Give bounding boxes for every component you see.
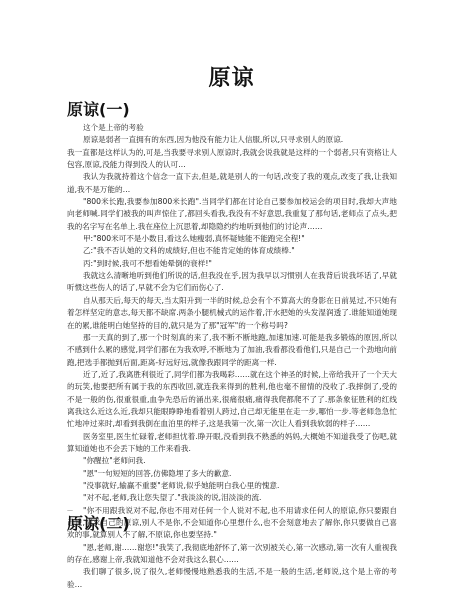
paragraph: "恩,老师,谢……谢您!"我笑了,我彻底地舒怀了,第一次别被关心,第一次感动,第… (67, 542, 397, 567)
paragraph: "800米长跑,我要参加800米长跑".当同学们都在讨论自己要参加校运会的项目时… (67, 196, 397, 233)
paragraph: 我就这么清晰地听到他们所说的话,但我没在乎,因为我早以习惯别人在我背后说我坏话了… (67, 270, 397, 295)
paragraph: 自从那天后,每天的每天,当太阳升到一半的时候,总会有个不算高大的身影在日前晃过,… (67, 295, 397, 332)
document-title: 原谅 (0, 66, 463, 92)
document-page: 原谅 原谅(一) 这个是上帝的考验 原谅是弱者一直拥有的东西,因为他没有能力让人… (0, 0, 463, 600)
paragraph: 近了,近了,我离胜利很近了,同学们都为我喝彩……就在这个神圣的时候,上帝给我开了… (67, 369, 397, 431)
paragraph: "对不起,老师,我让您失望了."我淡淡的说,泪淡淡的流. (67, 492, 397, 504)
paragraph: 我认为我就持着这个信念一直下去,但是,就是别人的一句话,改变了我的观点,改变了我… (67, 171, 397, 196)
paragraph: 乙:"我不否认她的文科的成绩好,但也不能肯定她的体育成绩棒." (67, 245, 397, 257)
paragraph: 医务室里,医生忙碌着,老师担忧着.睁开眼,没看到我不熟悉的妈妈,大概她不知道我受… (67, 431, 397, 456)
paragraph: 甲:"800米可不是小数目,看这么她瘦弱,真怀疑她能不能跑完全程!" (67, 233, 397, 245)
paragraph: 这个是上帝的考验 (67, 122, 397, 134)
paragraph: 那一天真的到了,那一个时刻真的来了,我不断不断地跑,加速加速.可能是我多锻炼的原… (67, 332, 397, 369)
paragraph: "没事就好,输赢不重要"老师说,似乎她能明白我心里的愧意. (67, 480, 397, 492)
trailing-mark: — (67, 507, 73, 514)
paragraph: 我们聊了很多,说了很久,老师慢慢地熟悉我的生活,不是一般的生活,老师说,这个是上… (67, 566, 397, 591)
paragraph: 我一直都是这样认为的,可是,当我要寻求别人原谅时,我就会说我就是这样的一个弱者,… (67, 147, 397, 172)
paragraph: 原谅是弱者一直拥有的东西,因为他没有能力让人信服,所以,只寻求别人的原谅. (67, 134, 397, 146)
paragraph: "你醒拉"老师问我. (67, 455, 397, 467)
section-heading-1: 原谅(一) (67, 100, 130, 120)
paragraph: "恩"一句短短的回答,仿佛隐埋了多大的歉意. (67, 468, 397, 480)
paragraph: 丙:"到时候,我可不想看她晕倒的衰样!" (67, 258, 397, 270)
section-heading-2: 原谅(二) (67, 514, 130, 534)
